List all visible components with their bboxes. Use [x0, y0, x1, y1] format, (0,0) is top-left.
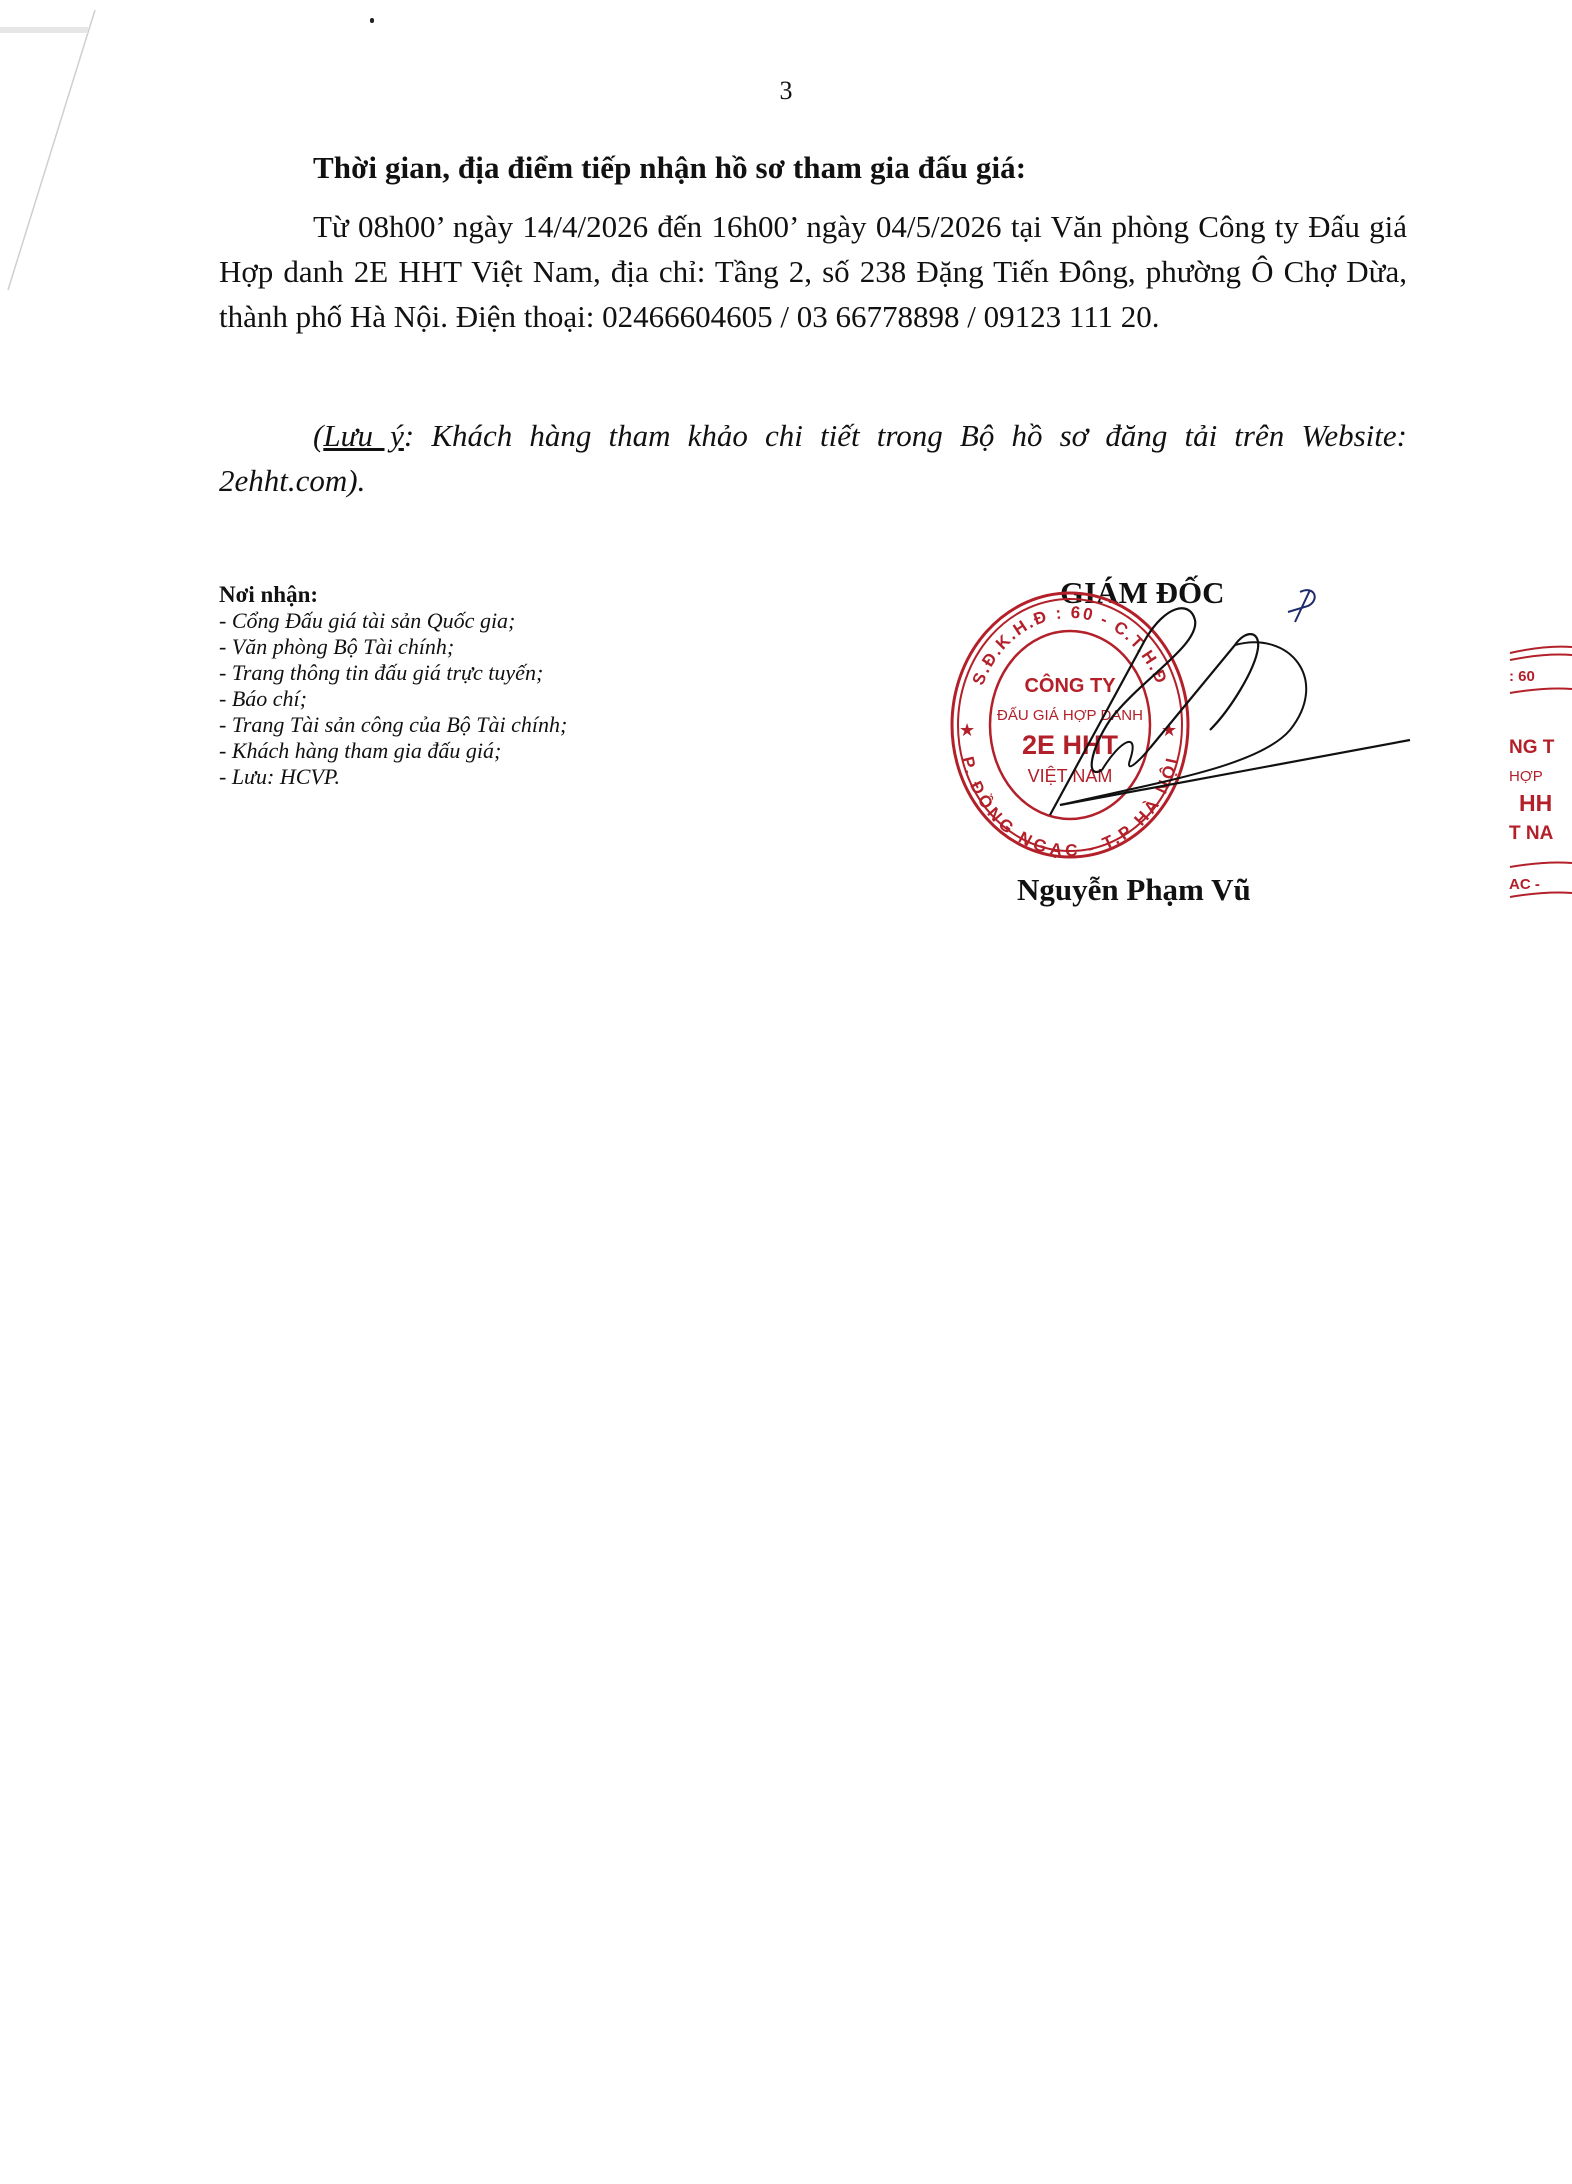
partial-stamp-line: NG T — [1509, 737, 1555, 758]
signer-name: Nguyễn Phạm Vũ — [1017, 872, 1251, 908]
note-open-paren: ( — [313, 418, 323, 453]
star-icon: ★ — [959, 720, 975, 740]
partial-stamp-line: AC - — [1509, 876, 1540, 893]
note-label: Lưu ý — [323, 418, 404, 453]
note-paragraph: (Lưu ý: Khách hàng tham khảo chi tiết tr… — [219, 413, 1407, 503]
recipient-item: - Trang thông tin đấu giá trực tuyến; — [219, 660, 567, 686]
scan-edge-artifact — [0, 0, 110, 300]
recipient-item: - Cổng Đấu giá tài sản Quốc gia; — [219, 608, 567, 634]
handwritten-signature — [990, 570, 1420, 840]
section-heading: Thời gian, địa điểm tiếp nhận hồ sơ tham… — [313, 150, 1026, 186]
reception-details-paragraph: Từ 08h00’ ngày 14/4/2026 đến 16h00’ ngày… — [219, 204, 1407, 339]
recipient-item: - Báo chí; — [219, 686, 567, 712]
recipients-title: Nơi nhận: — [219, 582, 567, 608]
partial-stamp-line: HH — [1519, 790, 1552, 816]
partial-stamp-line: : 60 — [1509, 668, 1535, 685]
partial-stamp-line: T NA — [1509, 823, 1554, 844]
recipient-item: - Văn phòng Bộ Tài chính; — [219, 634, 567, 660]
recipient-item: - Trang Tài sản công của Bộ Tài chính; — [219, 712, 567, 738]
scan-speck — [370, 18, 374, 23]
partial-stamp-line: HỢP — [1509, 768, 1543, 785]
page-number: 3 — [0, 76, 1572, 106]
partial-seal-stamp: : 60 NG T HỢP HH T NA AC - — [1505, 645, 1572, 910]
recipient-item: - Khách hàng tham gia đấu giá; — [219, 738, 567, 764]
recipient-item: - Lưu: HCVP. — [219, 764, 567, 790]
recipients-block: Nơi nhận: - Cổng Đấu giá tài sản Quốc gi… — [219, 582, 567, 790]
